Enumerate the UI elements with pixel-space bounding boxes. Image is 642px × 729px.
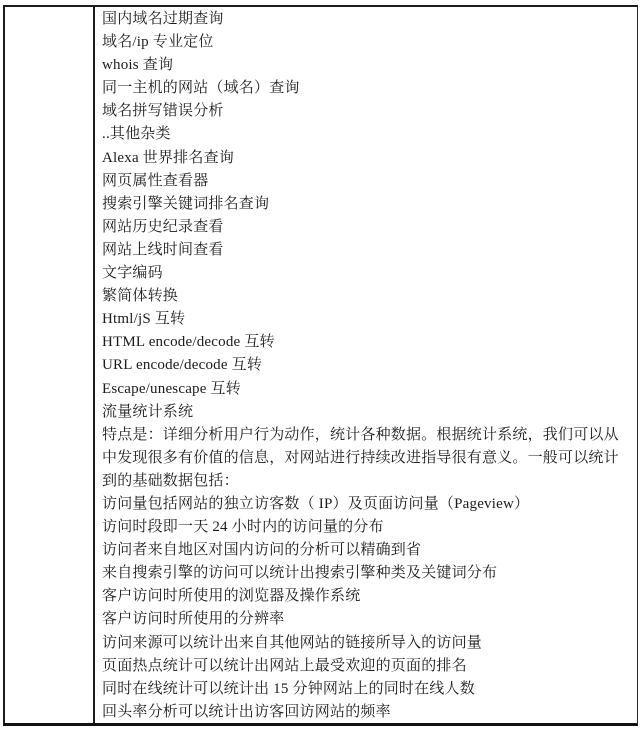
text-line: 访问时段即一天 24 小时内的访问量的分布 [102, 516, 633, 539]
text-line: 同时在线统计可以统计出 15 分钟网站上的同时在线人数 [102, 678, 633, 701]
document-page: 国内域名过期查询 域名/ip 专业定位 whois 查询 同一主机的网站（域名）… [0, 0, 642, 729]
text-line: Escape/unescape 互转 [102, 378, 633, 401]
text-line: Html/jS 互转 [102, 308, 633, 331]
text-line: Alexa 世界排名查询 [102, 147, 633, 170]
text-line: 到的基础数据包括： [102, 470, 633, 493]
text-line: URL encode/decode 互转 [102, 354, 633, 377]
text-line: 访问量包括网站的独立访客数（ IP）及页面访问量（Pageview） [102, 493, 633, 516]
text-line: 国内域名过期查询 [102, 8, 633, 31]
table-cell-left-empty [5, 7, 95, 723]
text-line: 繁简体转换 [102, 285, 633, 308]
text-line: 域名/ip 专业定位 [102, 31, 633, 54]
text-line: HTML encode/decode 互转 [102, 331, 633, 354]
text-line: 特点是：详细分析用户行为动作，统计各种数据。根据统计系统，我们可以从 [102, 424, 633, 447]
text-line: 回头率分析可以统计出访客回访网站的频率 [102, 701, 633, 723]
text-line: ..其他杂类 [102, 123, 633, 146]
text-line: 页面热点统计可以统计出网站上最受欢迎的页面的排名 [102, 655, 633, 678]
text-line: 网页属性查看器 [102, 170, 633, 193]
text-line: 流量统计系统 [102, 401, 633, 424]
text-line: 访问者来自地区对国内访问的分析可以精确到省 [102, 539, 633, 562]
text-line: 文字编码 [102, 262, 633, 285]
text-line: 客户访问时所使用的分辨率 [102, 608, 633, 631]
text-line: 中发现很多有价值的信息，对网站进行持续改进指导很有意义。一般可以统计 [102, 447, 633, 470]
table-cell-right: 国内域名过期查询 域名/ip 专业定位 whois 查询 同一主机的网站（域名）… [95, 7, 637, 723]
text-line: 访问来源可以统计出来自其他网站的链接所导入的访问量 [102, 632, 633, 655]
text-line: 网站历史纪录查看 [102, 216, 633, 239]
text-line: 搜索引擎关键词排名查询 [102, 193, 633, 216]
text-line: whois 查询 [102, 54, 633, 77]
text-line: 网站上线时间查看 [102, 239, 633, 262]
text-line: 客户访问时所使用的浏览器及操作系统 [102, 585, 633, 608]
text-line: 域名拼写错误分析 [102, 100, 633, 123]
text-line: 同一主机的网站（域名）查询 [102, 77, 633, 100]
text-line: 来自搜索引擎的访问可以统计出搜索引擎种类及关键词分布 [102, 562, 633, 585]
document-table: 国内域名过期查询 域名/ip 专业定位 whois 查询 同一主机的网站（域名）… [3, 5, 638, 726]
